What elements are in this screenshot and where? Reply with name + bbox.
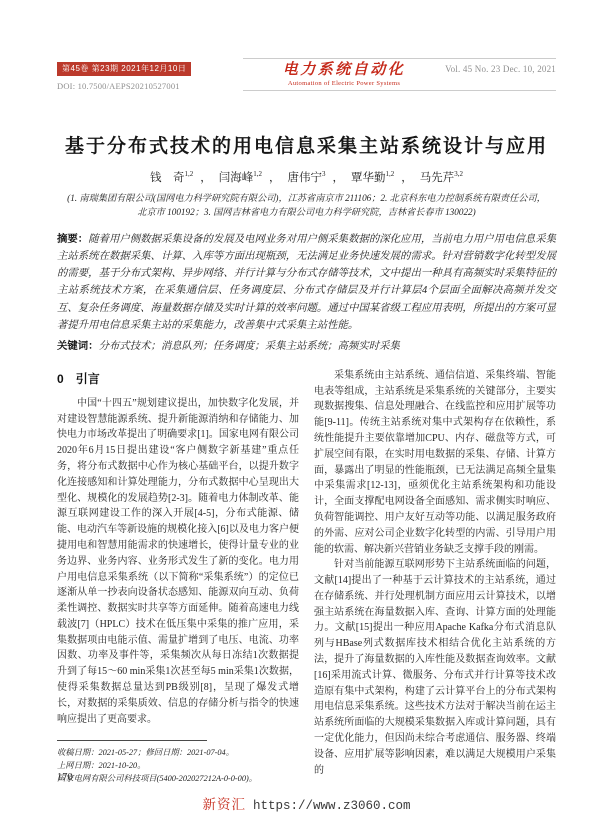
author-affiliation-mark: 1,2	[253, 170, 262, 178]
section-number: 0	[57, 372, 64, 386]
issue-badge: 第45卷 第23期 2021年12月10日	[57, 62, 191, 76]
authors-line: 钱 奇1,2，闫海峰1,2，唐伟宁3，覃华勤1,2，马先芹3,2	[57, 169, 556, 185]
watermark-site-name: 新资汇	[202, 797, 246, 812]
footnote-funding: 国家电网有限公司科技项目(5400-202027212A-0-0-00)。	[57, 773, 299, 786]
body-paragraph: 采集系统由主站系统、通信信道、采集终端、智能电表等组成，主站系统是采集系统的关键…	[314, 368, 556, 558]
author-separator: ，	[401, 172, 413, 184]
author-name: 马先芹3,2	[420, 172, 463, 184]
author-affiliation-mark: 1,2	[185, 170, 194, 178]
author-affiliation-mark: 1,2	[386, 170, 395, 178]
body-paragraph: 针对当前能源互联网形势下主站系统面临的问题，文献[14]提出了一种基于云计算技术…	[314, 557, 556, 778]
author-name: 钱 奇1,2	[150, 172, 193, 184]
keywords-text: 分布式技术；消息队列；任务调度；采集主站系统；高频实时采集	[99, 341, 400, 352]
volume-info: Vol. 45 No. 23 Dec. 10, 2021	[445, 64, 556, 74]
abstract-paragraph: 摘要：随着用户侧数据采集设备的发展及电网业务对用户侧采集数据的深化应用，当前电力…	[57, 231, 556, 335]
author-affiliation-mark: 3	[322, 170, 326, 178]
doi-text: DOI: 10.7500/AEPS20210527001	[57, 81, 233, 91]
author-name: 覃华勤1,2	[351, 172, 394, 184]
author-separator: ，	[200, 172, 212, 184]
footnote-received-dates: 收稿日期：2021-05-27；修回日期：2021-07-04。	[57, 747, 299, 760]
affiliation-line: (1. 南瑞集团有限公司(国网电力科学研究院有限公司)，江苏省南京市 21110…	[57, 191, 556, 205]
author-affiliation-mark: 3,2	[454, 170, 463, 178]
paper-page: 第45卷 第23期 2021年12月10日 DOI: 10.7500/AEPS2…	[0, 0, 613, 825]
journal-logo-block: 电力系统自动化 Automation of Electric Power Sys…	[243, 61, 445, 87]
abstract-label: 摘要：	[57, 234, 88, 245]
footnote-block: 收稿日期：2021-05-27；修回日期：2021-07-04。 上网日期：20…	[57, 740, 299, 786]
keywords-line: 关键词：分布式技术；消息队列；任务调度；采集主站系统；高频实时采集	[57, 339, 556, 356]
section-title: 引言	[76, 372, 100, 386]
footnote-divider	[57, 740, 207, 741]
affiliations: (1. 南瑞集团有限公司(国网电力科学研究院有限公司)，江苏省南京市 21110…	[57, 191, 556, 220]
body-columns: 0引言 中国“十四五”规划建议提出，加快数字化发展，并对建设智慧能源系统、提升新…	[57, 368, 556, 786]
journal-subtitle: Automation of Electric Power Systems	[243, 80, 445, 87]
header-right-block: Vol. 45 No. 23 Dec. 10, 2021	[445, 61, 556, 74]
watermark-url-link[interactable]: https://www.z3060.com	[253, 799, 411, 813]
affiliation-line: 北京市 100192；3. 国网吉林省电力有限公司电力科学研究院，吉林省长春市 …	[57, 205, 556, 219]
author-separator: ，	[269, 172, 281, 184]
paper-title: 基于分布式技术的用电信息采集主站系统设计与应用	[57, 131, 556, 158]
abstract-text: 随着用户侧数据采集设备的发展及电网业务对用户侧采集数据的深化应用，当前电力用户用…	[57, 234, 556, 331]
author-name: 闫海峰1,2	[219, 172, 262, 184]
footnote-online-date: 上网日期：2021-10-20。	[57, 760, 299, 773]
section-heading: 0引言	[57, 370, 299, 387]
body-paragraph: 中国“十四五”规划建议提出，加快数字化发展，并对建设智慧能源系统、提升新能源消纳…	[57, 396, 299, 728]
left-column: 0引言 中国“十四五”规划建议提出，加快数字化发展，并对建设智慧能源系统、提升新…	[57, 368, 299, 786]
page-number: 170	[57, 772, 73, 783]
header-rule-block: 电力系统自动化 Automation of Electric Power Sys…	[243, 58, 556, 91]
watermark-bar: 新资汇https://www.z3060.com	[0, 790, 613, 817]
journal-logo: 电力系统自动化	[243, 61, 445, 79]
right-column: 采集系统由主站系统、通信信道、采集终端、智能电表等组成，主站系统是采集系统的关键…	[314, 368, 556, 786]
author-separator: ，	[333, 172, 345, 184]
keywords-label: 关键词：	[57, 341, 99, 352]
author-name: 唐伟宁3	[288, 172, 326, 184]
journal-header: 第45卷 第23期 2021年12月10日 DOI: 10.7500/AEPS2…	[57, 58, 556, 91]
header-left-block: 第45卷 第23期 2021年12月10日 DOI: 10.7500/AEPS2…	[57, 58, 233, 91]
